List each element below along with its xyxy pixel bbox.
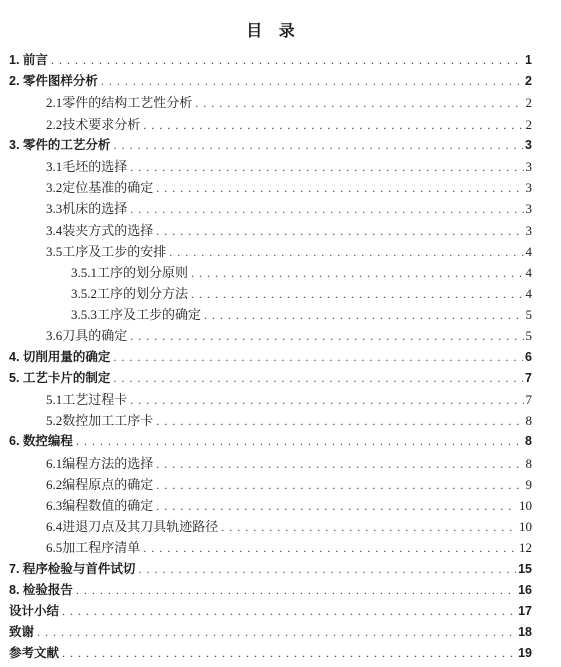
toc-entry-label: 3.5.2工序的划分方法 <box>71 283 188 304</box>
toc-entry-page: 18 <box>518 622 532 643</box>
dot-leader <box>130 389 523 411</box>
dot-leader <box>101 71 523 92</box>
toc-entry: 6.3编程数值的确定 10 <box>9 495 532 516</box>
dot-leader <box>156 220 523 242</box>
toc-entry-page: 2 <box>526 114 533 135</box>
toc-entry-page: 8 <box>525 431 532 452</box>
toc-entry-label: 参考文献 <box>9 643 59 664</box>
toc-entry-label: 2.2技术要求分析 <box>46 114 140 135</box>
toc-entry-page: 5 <box>526 304 533 325</box>
toc-entry-label: 5. 工艺卡片的制定 <box>9 368 110 389</box>
toc-entry-label: 6.3编程数值的确定 <box>46 495 153 516</box>
toc-entry: 设计小结 17 <box>9 601 532 622</box>
toc-entry: 6.2编程原点的确定 9 <box>9 474 532 495</box>
dot-leader <box>138 559 516 580</box>
document-page: 目 录 1. 前言 1 2. 零件图样分析 2 2.1零件的结构工艺性分析 2 … <box>0 0 561 667</box>
toc-entry-label: 3.5.1工序的划分原则 <box>71 262 188 283</box>
toc-entry-page: 8 <box>526 453 533 474</box>
toc-entry-page: 2 <box>525 71 532 92</box>
dot-leader <box>113 135 523 156</box>
toc-entry: 3.5工序及工步的安排 4 <box>9 241 532 262</box>
toc-entry: 6. 数控编程 8 <box>9 431 532 452</box>
toc-entry-label: 6.2编程原点的确定 <box>46 474 153 495</box>
dot-leader <box>76 431 523 452</box>
toc-entry-label: 6.1编程方法的选择 <box>46 453 153 474</box>
dot-leader <box>51 50 523 71</box>
toc-entry: 8. 检验报告 16 <box>9 580 532 601</box>
toc-entry-page: 10 <box>519 495 532 516</box>
toc-entry-label: 5.2数控加工工序卡 <box>46 410 153 431</box>
toc-entry-page: 4 <box>526 241 533 262</box>
toc-entry-page: 3 <box>526 220 533 241</box>
dot-leader <box>156 453 523 475</box>
toc-entry-label: 1. 前言 <box>9 50 48 71</box>
dot-leader <box>76 580 516 601</box>
toc-entry-label: 3.3机床的选择 <box>46 198 127 219</box>
toc-entry-label: 6.4进退刀点及其刀具轨迹路径 <box>46 516 218 537</box>
toc-entry-page: 7 <box>526 389 533 410</box>
toc-entry-label: 6. 数控编程 <box>9 431 73 452</box>
toc-entry-page: 5 <box>526 325 533 346</box>
toc-entry-page: 17 <box>518 601 532 622</box>
dot-leader <box>113 368 523 389</box>
toc-entry-label: 3.2定位基准的确定 <box>46 177 153 198</box>
toc-entry-page: 4 <box>526 283 533 304</box>
toc-entry-label: 设计小结 <box>9 601 59 622</box>
toc-entry: 3.5.3工序及工步的确定 5 <box>9 304 532 325</box>
toc-entry-label: 5.1工艺过程卡 <box>46 389 127 410</box>
toc-entry: 6.5加工程序清单 12 <box>9 537 532 558</box>
dot-leader <box>156 495 517 517</box>
toc-entry-label: 3. 零件的工艺分析 <box>9 135 110 156</box>
dot-leader <box>156 177 523 199</box>
toc-entry-label: 8. 检验报告 <box>9 580 73 601</box>
toc-entry: 2.2技术要求分析 2 <box>9 114 532 135</box>
dot-leader <box>191 283 523 305</box>
toc-entry-label: 7. 程序检验与首件试切 <box>9 559 135 580</box>
toc-entry: 3.2定位基准的确定 3 <box>9 177 532 198</box>
toc-entry-label: 4. 切削用量的确定 <box>9 347 110 368</box>
toc-entry-label: 3.6刀具的确定 <box>46 325 127 346</box>
toc-entry-page: 12 <box>519 537 532 558</box>
toc-entry: 3. 零件的工艺分析 3 <box>9 135 532 156</box>
toc-entry: 6.4进退刀点及其刀具轨迹路径 10 <box>9 516 532 537</box>
dot-leader <box>204 304 523 326</box>
dot-leader <box>195 92 523 114</box>
dot-leader <box>221 516 517 538</box>
toc-entry-page: 6 <box>525 347 532 368</box>
toc-entry-page: 4 <box>526 262 533 283</box>
toc-entry: 致谢 18 <box>9 622 532 643</box>
toc-list: 1. 前言 1 2. 零件图样分析 2 2.1零件的结构工艺性分析 2 2.2技… <box>9 50 532 664</box>
dot-leader <box>113 347 523 368</box>
toc-entry: 3.5.1工序的划分原则 4 <box>9 262 532 283</box>
dot-leader <box>37 622 516 643</box>
dot-leader <box>169 241 523 263</box>
toc-entry: 5. 工艺卡片的制定 7 <box>9 368 532 389</box>
dot-leader <box>156 474 523 496</box>
toc-entry: 3.1毛坯的选择 3 <box>9 156 532 177</box>
toc-entry-label: 3.5.3工序及工步的确定 <box>71 304 201 325</box>
toc-entry-page: 1 <box>525 50 532 71</box>
toc-entry-page: 19 <box>518 643 532 664</box>
toc-entry-page: 7 <box>525 368 532 389</box>
toc-entry-page: 15 <box>518 559 532 580</box>
dot-leader <box>62 643 516 664</box>
dot-leader <box>62 601 516 622</box>
toc-entry: 3.4装夹方式的选择 3 <box>9 220 532 241</box>
dot-leader <box>143 114 523 136</box>
dot-leader <box>191 262 523 284</box>
toc-entry: 4. 切削用量的确定 6 <box>9 347 532 368</box>
toc-entry-label: 3.5工序及工步的安排 <box>46 241 166 262</box>
toc-entry: 6.1编程方法的选择 8 <box>9 453 532 474</box>
toc-entry-label: 致谢 <box>9 622 34 643</box>
dot-leader <box>130 325 523 347</box>
toc-entry-page: 3 <box>526 198 533 219</box>
toc-entry-page: 2 <box>526 92 533 113</box>
toc-entry-label: 2.1零件的结构工艺性分析 <box>46 92 192 113</box>
toc-entry-label: 3.1毛坯的选择 <box>46 156 127 177</box>
dot-leader <box>130 198 523 220</box>
toc-entry-label: 2. 零件图样分析 <box>9 71 98 92</box>
toc-entry-page: 3 <box>526 156 533 177</box>
page-title: 目 录 <box>9 21 532 43</box>
toc-entry: 7. 程序检验与首件试切 15 <box>9 559 532 580</box>
toc-entry: 3.6刀具的确定 5 <box>9 325 532 346</box>
toc-entry: 3.3机床的选择 3 <box>9 198 532 219</box>
toc-entry: 3.5.2工序的划分方法 4 <box>9 283 532 304</box>
toc-entry-page: 3 <box>525 135 532 156</box>
toc-entry-label: 6.5加工程序清单 <box>46 537 140 558</box>
toc-entry-page: 8 <box>526 410 533 431</box>
toc-entry: 5.1工艺过程卡 7 <box>9 389 532 410</box>
toc-entry-page: 9 <box>526 474 533 495</box>
toc-entry: 参考文献 19 <box>9 643 532 664</box>
dot-leader <box>143 537 517 559</box>
dot-leader <box>156 410 523 432</box>
toc-entry-page: 3 <box>526 177 533 198</box>
toc-entry: 1. 前言 1 <box>9 50 532 71</box>
dot-leader <box>130 156 523 178</box>
toc-entry-label: 3.4装夹方式的选择 <box>46 220 153 241</box>
toc-entry: 5.2数控加工工序卡 8 <box>9 410 532 431</box>
toc-entry-page: 16 <box>518 580 532 601</box>
toc-entry: 2. 零件图样分析 2 <box>9 71 532 92</box>
toc-entry: 2.1零件的结构工艺性分析 2 <box>9 92 532 113</box>
toc-entry-page: 10 <box>519 516 532 537</box>
